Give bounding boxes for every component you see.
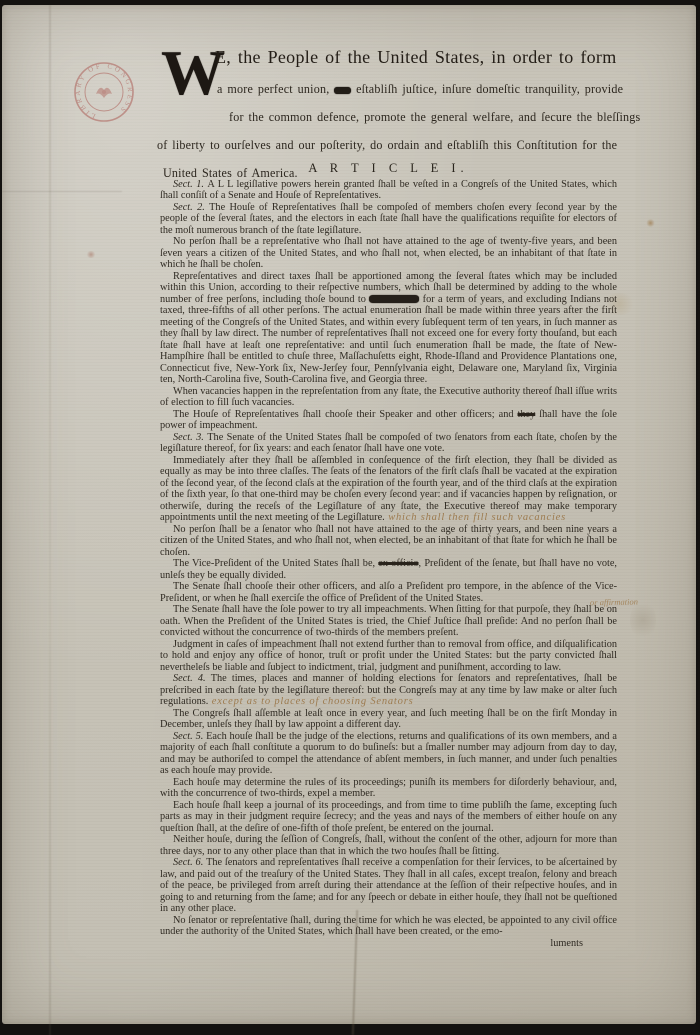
preamble-line-4: of liberty to ourſelves and our poſterit… (157, 138, 617, 153)
foxing-stain (86, 251, 96, 258)
section-label: Sect. 2. (173, 202, 209, 213)
section-label: Sect. 6. (173, 857, 206, 868)
body-text: No perſon ſhall be a repreſentative who … (160, 236, 617, 270)
ink-blot-redaction (334, 87, 351, 94)
body-text: A L L legiſlative powers herein granted … (160, 179, 617, 202)
library-of-congress-stamp: LIBRARY OF CONGRESS (72, 60, 136, 124)
paper-crease (49, 5, 51, 1035)
paragraph: No ſenator or repreſentative ſhall, duri… (160, 915, 617, 938)
paragraph: When vacancies happen in the repreſentat… (160, 386, 617, 409)
body-text: When the Preſident of the United States … (160, 616, 617, 639)
paragraph: The Senate ſhall chooſe their other offi… (160, 581, 617, 604)
body-text: No ſenator or repreſentative ſhall, duri… (160, 915, 617, 938)
preamble-line-2-text: a more perfect union, (217, 82, 334, 96)
paragraph: No perſon ſhall be a ſenator who ſhall n… (160, 524, 617, 559)
preamble-line-3: for the common defence, promote the gene… (229, 110, 640, 125)
preamble-line-2-text: eſtabliſh juſtice, inſure domeſtic tranq… (351, 82, 623, 96)
body-text: Judgment in caſes of impeachment ſhall n… (160, 639, 617, 673)
struck-text: ex officio (378, 558, 418, 569)
paragraph: Sect. 1. A L L legiſlative powers herein… (160, 179, 617, 202)
foxing-stain (646, 219, 655, 227)
body-text: Each houſe ſhall keep a journal of its p… (160, 800, 617, 834)
section-label: Sect. 5. (173, 731, 206, 742)
document-page: LIBRARY OF CONGRESS W E, the People of t… (2, 5, 696, 1024)
body-text: No perſon ſhall be a ſenator who ſhall n… (160, 524, 617, 558)
paragraph: The Congreſs ſhall aſſemble at leaſt onc… (160, 708, 617, 731)
document-photo: { "stamp": { "text": "LIBRARY OF CONGRES… (0, 0, 700, 1035)
paragraph: Sect. 5. Each houſe ſhall be the judge o… (160, 731, 617, 777)
body-text: The ſenators and repreſentatives ſhall r… (160, 857, 617, 914)
article-heading: A R T I C L E I. (160, 163, 617, 175)
catchword: luments (160, 938, 617, 950)
preamble-line-2: a more perfect union, eſtabliſh juſtice,… (217, 82, 623, 97)
paragraph-container: Sect. 1. A L L legiſlative powers herein… (160, 179, 617, 938)
paragraph: The Senate ſhall have the ſole power to … (160, 604, 617, 639)
body-text: Each houſe may determine the rules of it… (160, 777, 617, 800)
body-text: The Senate ſhall chooſe their other offi… (160, 581, 617, 604)
section-label: Sect. 3. (173, 432, 207, 443)
paragraph: Each houſe ſhall keep a journal of its p… (160, 800, 617, 835)
paragraph: Sect. 3. The Senate of the United States… (160, 432, 617, 455)
paragraph: The Houſe of Repreſentatives ſhall chooſ… (160, 409, 617, 432)
paragraph: Judgment in caſes of impeachment ſhall n… (160, 639, 617, 674)
handwritten-annotation: which shall then fill such vacancies (385, 512, 566, 523)
body-text: The Vice-Preſident of the United States … (173, 558, 378, 569)
body-text: The Senate of the United States ſhall be… (160, 432, 617, 455)
body-text: for a term of years, and excluding India… (160, 294, 617, 386)
paragraph: The Vice-Preſident of the United States … (160, 558, 617, 581)
dropcap-w: W (161, 43, 223, 103)
preamble-line-1: E, the People of the United States, in o… (215, 47, 617, 68)
body-text: The Houſe of Repreſentatives ſhall chooſ… (173, 409, 518, 420)
article-body: A R T I C L E I. Sect. 1. A L L legiſlat… (160, 163, 617, 949)
paragraph: Neither houſe, during the ſeſſion of Con… (160, 834, 617, 857)
ink-blot-redaction (369, 295, 419, 303)
paragraph: Sect. 6. The ſenators and repreſentative… (160, 857, 617, 915)
paragraph: Sect. 2. The Houſe of Repreſentatives ſh… (160, 202, 617, 237)
handwritten-annotation: except as to places of choosing Senators (208, 696, 413, 707)
body-text: The Houſe of Repreſentatives ſhall be co… (160, 202, 617, 236)
body-text: The Congreſs ſhall aſſemble at leaſt onc… (160, 708, 617, 731)
interlineation-annotation: or affirmation (577, 596, 638, 609)
struck-text: they (518, 409, 536, 420)
paper-crease (2, 191, 122, 192)
paragraph: Immediately after they ſhall be aſſemble… (160, 455, 617, 524)
body-text: Neither houſe, during the ſeſſion of Con… (160, 834, 617, 857)
paragraph: No perſon ſhall be a repreſentative who … (160, 236, 617, 271)
paragraph: Repreſentatives and direct taxes ſhall b… (160, 271, 617, 386)
section-label: Sect. 4. (173, 673, 211, 684)
body-text: When vacancies happen in the repreſentat… (160, 386, 617, 409)
paragraph: Each houſe may determine the rules of it… (160, 777, 617, 800)
paragraph: Sect. 4. The times, places and manner of… (160, 673, 617, 708)
body-text: Each houſe ſhall be the judge of the ele… (160, 731, 617, 777)
section-label: Sect. 1. (173, 179, 207, 190)
body-text: The Senate ſhall have the ſole power to … (173, 604, 607, 615)
